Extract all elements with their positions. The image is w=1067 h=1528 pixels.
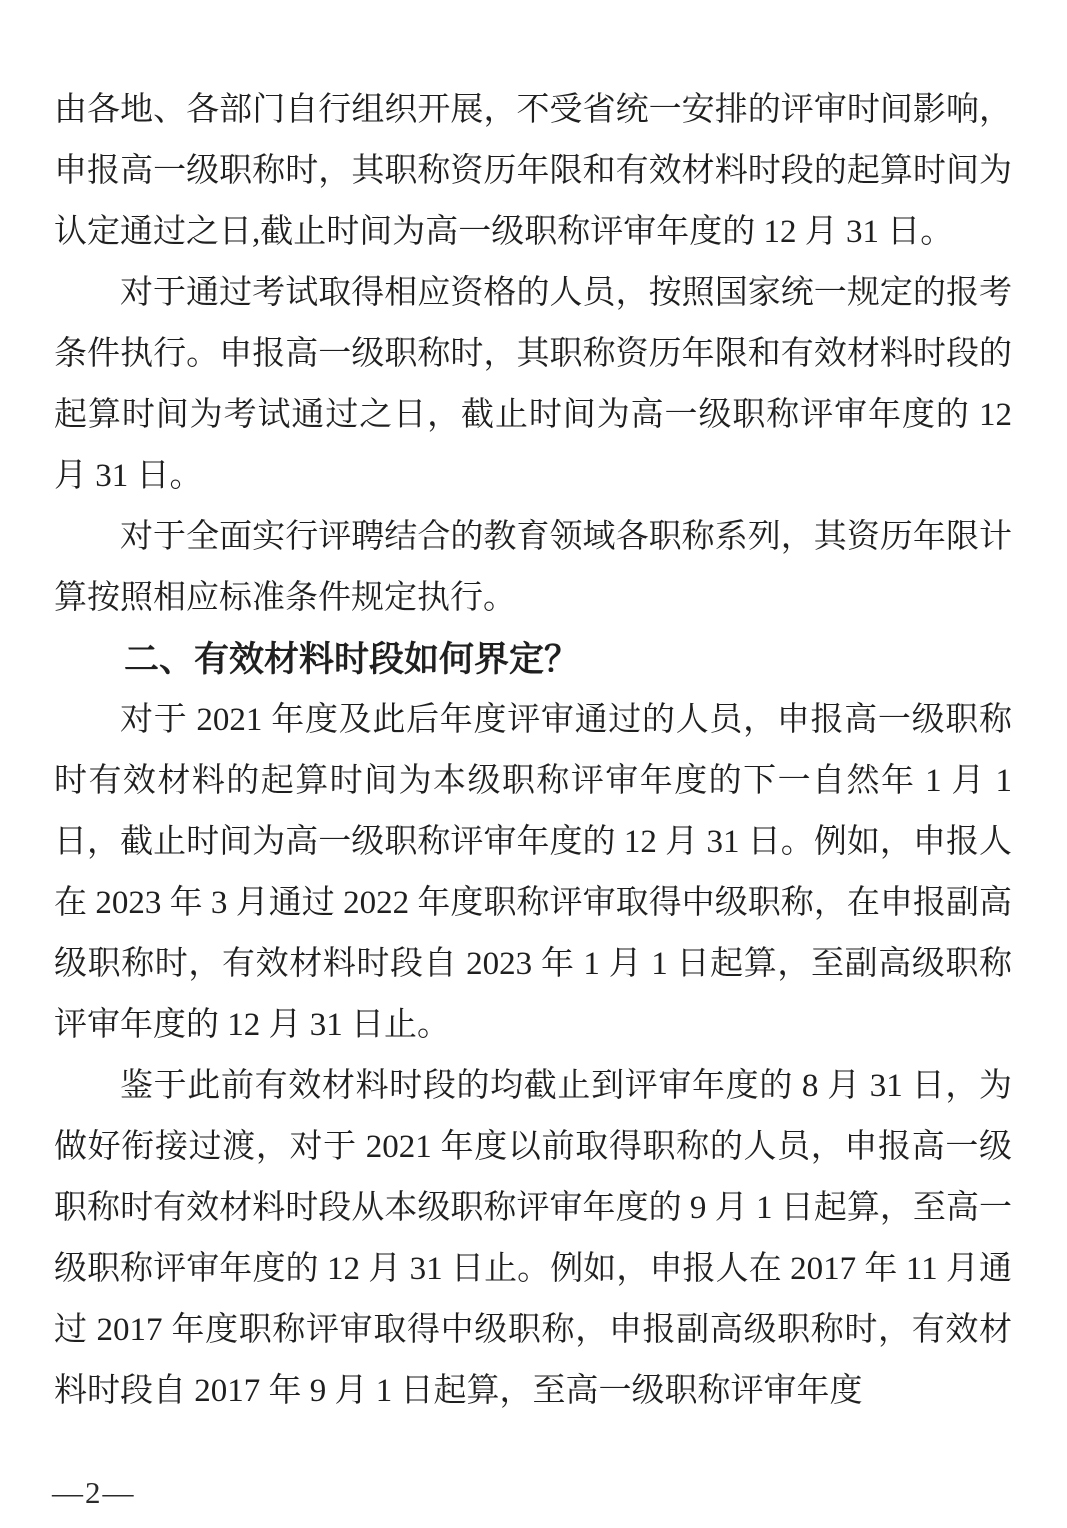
paragraph: 对于全面实行评聘结合的教育领域各职称系列，其资历年限计算按照相应标准条件规定执行… — [54, 507, 1012, 629]
paragraph: 对于 2021 年度及此后年度评审通过的人员，申报高一级职称时有效材料的起算时间… — [54, 690, 1012, 1056]
paragraph: 由各地、各部门自行组织开展，不受省统一安排的评审时间影响，申报高一级职称时，其职… — [54, 80, 1012, 263]
paragraph: 对于通过考试取得相应资格的人员，按照国家统一规定的报考条件执行。申报高一级职称时… — [54, 263, 1012, 507]
page-footer: —2— — [52, 1474, 136, 1512]
paragraph: 鉴于此前有效材料时段的均截止到评审年度的 8 月 31 日，为做好衔接过渡，对于… — [54, 1056, 1012, 1422]
document-body: 由各地、各部门自行组织开展，不受省统一安排的评审时间影响，申报高一级职称时，其职… — [54, 80, 1012, 1422]
document-page: 由各地、各部门自行组织开展，不受省统一安排的评审时间影响，申报高一级职称时，其职… — [0, 0, 1067, 1528]
section-heading: 二、有效材料时段如何界定？ — [54, 629, 1012, 690]
page-number: —2— — [52, 1475, 136, 1510]
